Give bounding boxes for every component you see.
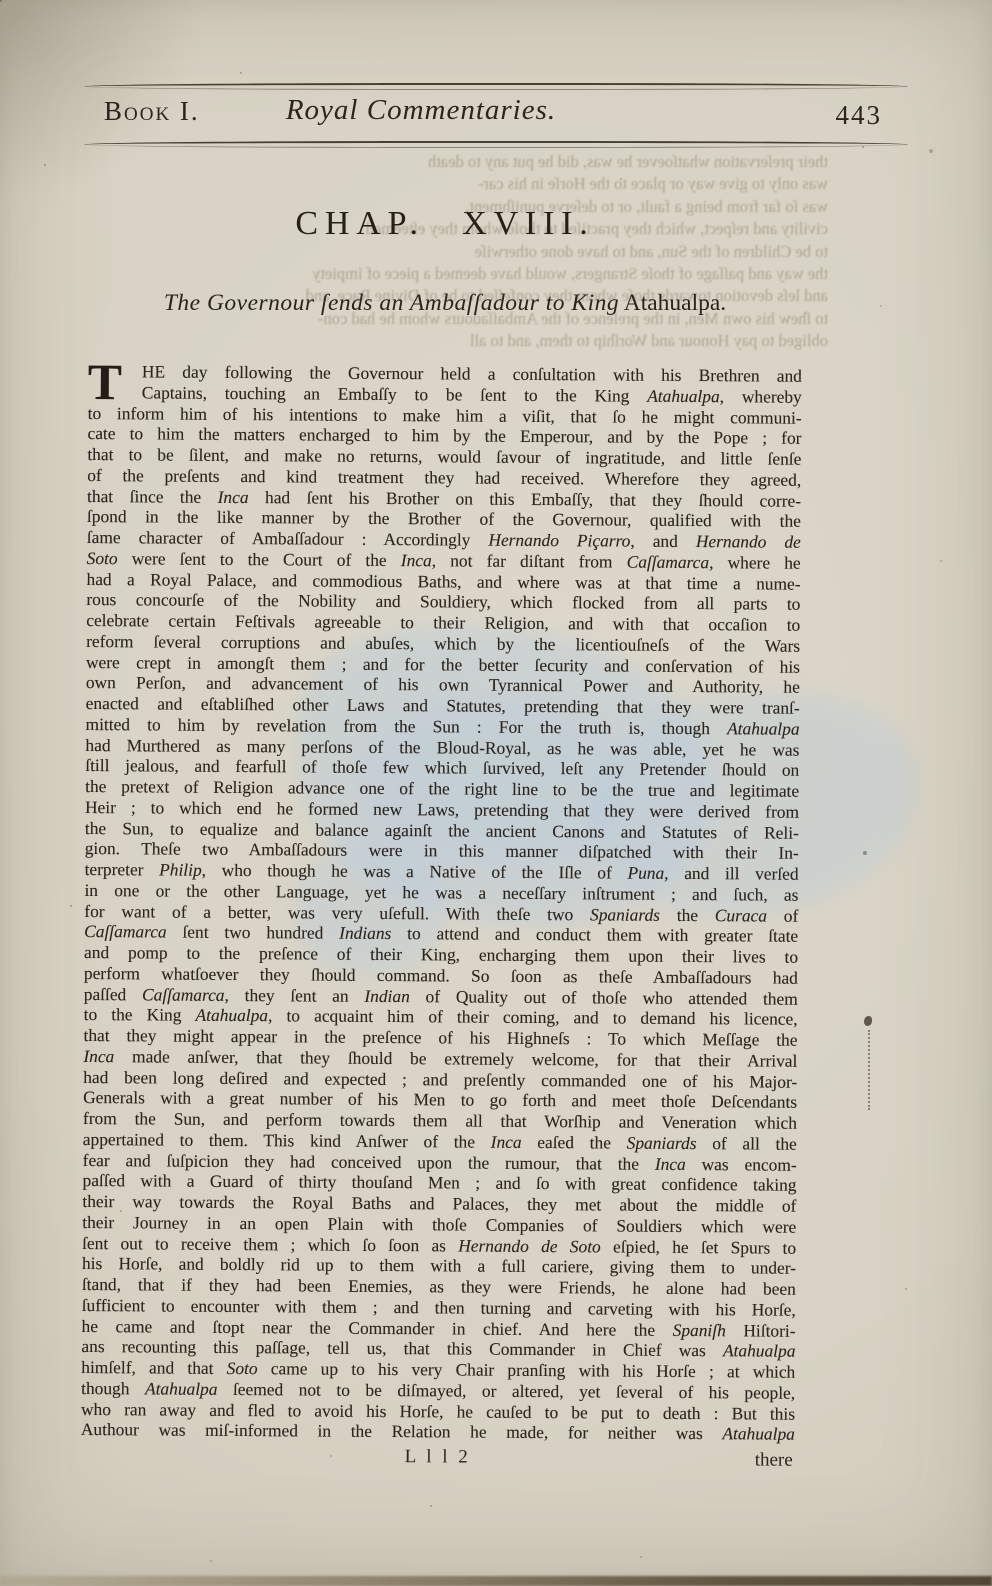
- bleed-through-line: the way and paſſage of thoſe Strangers, …: [286, 263, 828, 285]
- italic-text: Puna: [627, 863, 664, 883]
- roman-text: he came and ſtopt near the Commander in …: [82, 1315, 673, 1339]
- bleed-through-line: to be Children of the Sun, and to have d…: [286, 241, 828, 263]
- italic-text: Inca: [218, 486, 249, 506]
- italic-text: Soto: [87, 548, 118, 568]
- italic-text: Indian: [364, 985, 410, 1005]
- italic-text: Inca: [401, 550, 432, 570]
- italic-text: Caſſamarca: [142, 984, 225, 1005]
- roman-text: fear and ſuſpicion they had conceived up…: [83, 1149, 655, 1173]
- bleed-through-line: was only to give way or place to the Hor…: [286, 173, 828, 195]
- roman-text: ſent two hundred: [167, 922, 340, 943]
- italic-text: Spaniſh: [673, 1319, 726, 1339]
- body-line: Authour was miſ-informed in the Relation…: [81, 1419, 795, 1444]
- page-number: 443: [836, 100, 883, 131]
- roman-text: , and ill verſed: [664, 863, 799, 884]
- roman-text: himſelf, and that: [81, 1357, 227, 1378]
- roman-text: came up to his very Chair pranſing with …: [258, 1358, 796, 1382]
- roman-text: to attend and conduct them with greater …: [391, 923, 798, 946]
- book-bottom-edge: [0, 1576, 992, 1586]
- catchword: there: [755, 1449, 793, 1471]
- italic-text: Atahualpa: [647, 385, 720, 405]
- chapter-heading: CHAP. XVIII.: [88, 205, 802, 243]
- roman-text: terpreter: [85, 859, 160, 879]
- roman-text: was encom-: [686, 1153, 797, 1174]
- running-title: Royal Commentaries.: [84, 94, 758, 127]
- italic-text: Hernando Piçarro: [488, 530, 630, 551]
- bleed-through-text: their preſervation whatſoever he was, di…: [286, 151, 828, 353]
- italic-text: Philip: [159, 859, 202, 879]
- header-rule-top: [84, 83, 908, 90]
- italic-text: Spaniards: [627, 1132, 697, 1152]
- italic-text: Inca: [491, 1131, 522, 1151]
- bleed-through-line: their preſervation whatſoever he was, di…: [286, 151, 828, 173]
- italic-text: Hernando de: [696, 531, 801, 552]
- italic-text: Caſſamarca: [627, 551, 710, 572]
- italic-text: Inca: [655, 1153, 686, 1173]
- roman-text: , where he: [709, 552, 801, 573]
- italic-text: Curaca: [715, 905, 767, 925]
- chapter-subtitle: The Governour ſends an Ambaſſadour to Ki…: [70, 290, 820, 317]
- roman-text: Hiſtori-: [726, 1320, 796, 1340]
- running-header: Book I. Royal Commentaries. 443: [84, 94, 908, 140]
- roman-text: of all the: [697, 1133, 797, 1154]
- italic-text: Atahualpa: [722, 1423, 795, 1443]
- roman-text: , who though he was a Native of the Iſle…: [202, 860, 628, 883]
- roman-text: that ſince the: [87, 485, 218, 506]
- chapter-subtitle-roman: Atahualpa.: [624, 290, 726, 316]
- roman-text: for want of a better, was very uſefull. …: [84, 900, 590, 923]
- italic-text: Atahualpa: [723, 1340, 796, 1360]
- roman-text: though: [81, 1378, 145, 1398]
- roman-text: paſſed: [84, 983, 142, 1003]
- roman-text: had ſent his Brother on this Embaſſy, th…: [249, 487, 802, 511]
- body-text: T HE day following the Governour held a …: [81, 361, 802, 1445]
- drop-cap: T: [88, 362, 136, 404]
- roman-text: eaſed the: [522, 1132, 627, 1153]
- italic-text: Spaniards: [590, 904, 660, 924]
- roman-text: appertained to them. This kind Anſwer of…: [83, 1129, 491, 1152]
- book-page: their preſervation whatſoever he was, di…: [0, 0, 992, 1586]
- roman-text: Captains, touching an Embaſſy to be ſent…: [142, 382, 648, 405]
- bleed-through-line: obliged to pay Honour and Worſhip to the…: [286, 330, 828, 352]
- italic-text: Atahualpa: [196, 1005, 269, 1025]
- roman-text: , whereby: [720, 386, 802, 407]
- header-rule-bottom: [84, 141, 908, 148]
- roman-text: to the King: [84, 1004, 196, 1025]
- margin-ink-dots: [868, 1030, 870, 1110]
- roman-text: of Quality out of thoſe who attended the…: [410, 986, 798, 1009]
- italic-text: Caſſamarca: [84, 921, 167, 942]
- roman-text: of: [767, 905, 798, 925]
- italic-text: Atahualpa: [145, 1378, 218, 1398]
- roman-text: ſent out to receive them ; which ſo ſoon…: [82, 1232, 458, 1254]
- roman-text: were ſent to the Court of the: [118, 548, 401, 570]
- paper-specks: [0, 0, 2, 2]
- italic-text: Inca: [83, 1046, 114, 1066]
- roman-text: , not far diſtant from: [432, 550, 627, 571]
- chapter-subtitle-italic: The Governour ſends an Ambaſſadour to Ki…: [164, 290, 619, 316]
- italic-text: Atahualpa: [727, 718, 800, 738]
- signature-mark: L l l 2: [405, 1446, 471, 1468]
- roman-text: ſeemed not to be diſmayed, or altered, y…: [217, 1379, 795, 1403]
- italic-text: Indians: [339, 923, 391, 943]
- roman-text: , and: [630, 531, 696, 551]
- roman-text: , they ſent an: [224, 984, 364, 1005]
- italic-text: Soto: [227, 1358, 258, 1378]
- italic-text: Hernando de Soto: [458, 1235, 601, 1256]
- roman-text: eſpied, he ſet Spurs to: [601, 1236, 796, 1257]
- roman-text: the: [660, 904, 715, 924]
- roman-text: Authour was miſ-informed in the Relation…: [81, 1419, 723, 1443]
- page-footer: L l l 2 there: [81, 1444, 795, 1475]
- margin-ink-blot: [864, 1016, 872, 1026]
- roman-text: ſame character of Ambaſſadour : Accordin…: [87, 527, 489, 550]
- roman-text: , to acquaint him of their coming, and t…: [268, 1005, 798, 1029]
